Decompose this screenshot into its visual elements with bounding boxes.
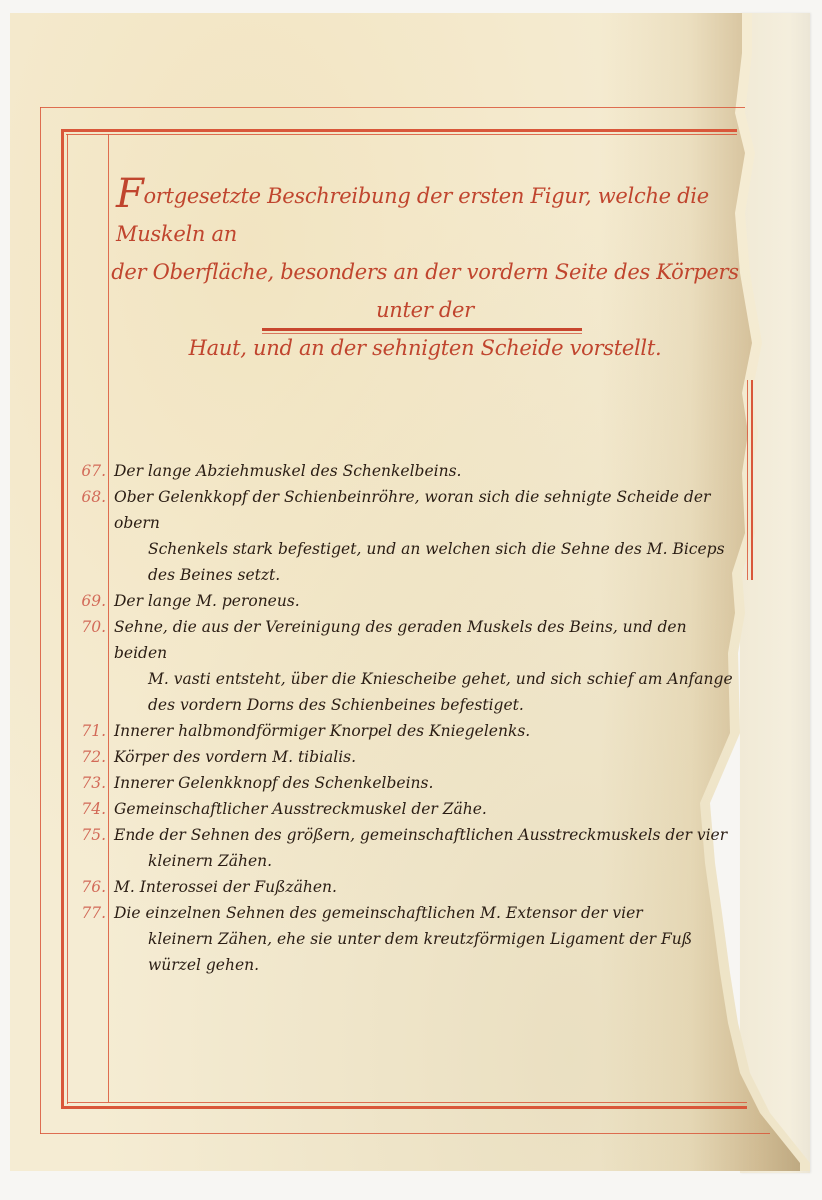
entry-text: Die einzelnen Sehnen des gemeinschaftlic… [114,900,740,978]
entry-line: kleinern Zähen. [114,848,740,874]
title-line-3: Haut, und an der sehnigten Scheide vorst… [110,329,740,367]
outer-frame-top [40,107,745,108]
entry-text: Der lange M. peroneus. [114,588,740,614]
entry-text: Ober Gelenkkopf der Schienbeinröhre, wor… [114,484,740,588]
entry-line: Der lange M. peroneus. [114,592,300,610]
entry-77: 77. Die einzelnen Sehnen des gemeinschaf… [70,900,740,978]
entry-number: 74. [70,796,114,822]
entry-line: Schenkels stark befestiget, und an welch… [114,536,740,562]
title-initial: F [116,171,143,217]
title-line-1-rest: ortgesetzte Beschreibung der ersten Figu… [116,184,709,246]
title-underline [262,328,582,331]
entry-number: 73. [70,770,114,796]
entry-line: M. Interossei der Fußzähen. [114,878,337,896]
entry-71: 71. Innerer halbmondförmiger Knorpel des… [70,718,740,744]
inner-frame-bottom-thin [67,1102,747,1103]
title-line-2: der Oberfläche, besonders an der vordern… [110,253,740,329]
inner-frame-left-thin [67,134,68,1104]
entry-number: 69. [70,588,114,614]
entry-line: Körper des vordern M. tibialis. [114,748,356,766]
entry-text: Körper des vordern M. tibialis. [114,744,740,770]
entry-text: Ende der Sehnen des größern, gemeinschaf… [114,822,740,874]
backing-sheet [740,13,810,1173]
page-title: Fortgesetzte Beschreibung der ersten Fig… [110,175,740,367]
inner-frame-bottom-thick [61,1106,747,1109]
entry-line: Ober Gelenkkopf der Schienbeinröhre, wor… [114,488,710,532]
entry-number: 71. [70,718,114,744]
entry-number: 70. [70,614,114,718]
inner-frame-top-thick [61,129,737,132]
entry-line: Der lange Abziehmuskel des Schenkelbeins… [114,462,461,480]
entry-69: 69. Der lange M. peroneus. [70,588,740,614]
entry-76: 76. M. Interossei der Fußzähen. [70,874,740,900]
entry-text: Innerer Gelenkknopf des Schenkelbeins. [114,770,740,796]
entry-line: M. vasti entsteht, über die Kniescheibe … [114,666,740,692]
entry-line: würzel gehen. [114,952,740,978]
inner-frame-right-thick [751,380,753,580]
entry-line: des Beines setzt. [114,562,740,588]
entry-70: 70. Sehne, die aus der Vereinigung des g… [70,614,740,718]
entry-line: Sehne, die aus der Vereinigung des gerad… [114,618,687,662]
entry-68: 68. Ober Gelenkkopf der Schienbeinröhre,… [70,484,740,588]
inner-frame-right-thin [747,380,748,580]
entry-line: Die einzelnen Sehnen des gemeinschaftlic… [114,904,643,922]
entry-73: 73. Innerer Gelenkknopf des Schenkelbein… [70,770,740,796]
entry-67: 67. Der lange Abziehmuskel des Schenkelb… [70,458,740,484]
entry-line: Innerer Gelenkknopf des Schenkelbeins. [114,774,433,792]
inner-frame-top-thin [66,134,737,135]
entry-list: 67. Der lange Abziehmuskel des Schenkelb… [70,458,740,978]
title-underline-thin [262,333,582,334]
entry-72: 72. Körper des vordern M. tibialis. [70,744,740,770]
entry-line: Gemeinschaftlicher Ausstreckmuskel der Z… [114,800,487,818]
entry-number: 72. [70,744,114,770]
entry-line: Innerer halbmondförmiger Knorpel des Kni… [114,722,530,740]
entry-line: kleinern Zähen, ehe sie unter dem kreutz… [114,926,740,952]
entry-line: des vordern Dorns des Schienbeines befes… [114,692,740,718]
entry-74: 74. Gemeinschaftlicher Ausstreckmuskel d… [70,796,740,822]
entry-number: 76. [70,874,114,900]
entry-text: Sehne, die aus der Vereinigung des gerad… [114,614,740,718]
entry-text: M. Interossei der Fußzähen. [114,874,740,900]
outer-frame-left [40,107,41,1134]
title-line-1: Fortgesetzte Beschreibung der ersten Fig… [110,175,740,253]
outer-frame-bottom [40,1133,770,1134]
inner-frame-left-thick [61,129,64,1109]
entry-text: Gemeinschaftlicher Ausstreckmuskel der Z… [114,796,740,822]
entry-number: 77. [70,900,114,978]
entry-number: 67. [70,458,114,484]
entry-number: 68. [70,484,114,588]
entry-75: 75. Ende der Sehnen des größern, gemeins… [70,822,740,874]
entry-text: Innerer halbmondförmiger Knorpel des Kni… [114,718,740,744]
entry-number: 75. [70,822,114,874]
entry-text: Der lange Abziehmuskel des Schenkelbeins… [114,458,740,484]
entry-line: Ende der Sehnen des größern, gemeinschaf… [114,826,727,844]
